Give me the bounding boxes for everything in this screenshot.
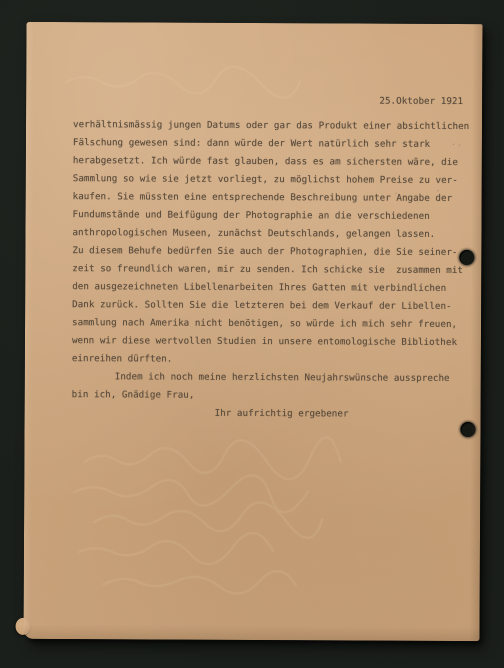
letter-date: 25.Oktober 1921 — [26, 94, 463, 107]
body-line: Zu diesem Behufe bedürfen Sie auch der P… — [72, 242, 474, 262]
body-line: einreihen dürften. — [72, 350, 474, 370]
body-line: Fundumstände und Beifügung der Photograp… — [73, 206, 475, 226]
body-line: zeit so freundlich waren, mir zu senden.… — [72, 260, 474, 280]
paper-edge-tab — [16, 618, 31, 635]
body-line: verhältnismässig jungen Datums oder gar … — [73, 116, 475, 136]
body-line: herabgesetzt. Ich würde fast glauben, da… — [73, 152, 475, 172]
hole-punch-top — [459, 250, 474, 265]
body-line: kaufen. Sie müssten eine entsprechende B… — [73, 188, 475, 208]
body-line: sammlung nach Amerika nicht benötigen, s… — [72, 314, 474, 334]
letter-body: verhältnismässig jungen Datums oder gar … — [72, 116, 475, 424]
body-line: den ausgezeichneten Libellenarbeiten Ihr… — [72, 278, 474, 298]
letter-paper: 25.Oktober 1921 verhältnismässig jungen … — [23, 22, 482, 641]
body-line: wenn wir diese wertvollen Studien in uns… — [72, 332, 474, 352]
body-line: Dank zurück. Sollten Sie die letzteren b… — [72, 296, 474, 316]
closing-wishes-line: Indem ich noch meine herzlichsten Neujah… — [72, 368, 474, 388]
typewritten-text: 25.Oktober 1921 verhältnismässig jungen … — [23, 22, 482, 641]
closing-signoff-line: Ihr aufrichtig ergebener — [72, 404, 474, 424]
body-line: Fälschung gewesen sind: dann würde der W… — [73, 134, 475, 154]
body-line: Sammlung so wie sie jetzt vorliegt, zu m… — [73, 170, 475, 190]
hole-punch-bottom — [460, 422, 475, 437]
body-line: anthropologischen Museen, zunächst Deuts… — [72, 224, 474, 244]
scanned-letter-page: { "scan": { "background_color": "#1b1f1b… — [0, 0, 504, 668]
closing-salutation-line: bin ich, Gnädige Frau, — [72, 386, 474, 406]
